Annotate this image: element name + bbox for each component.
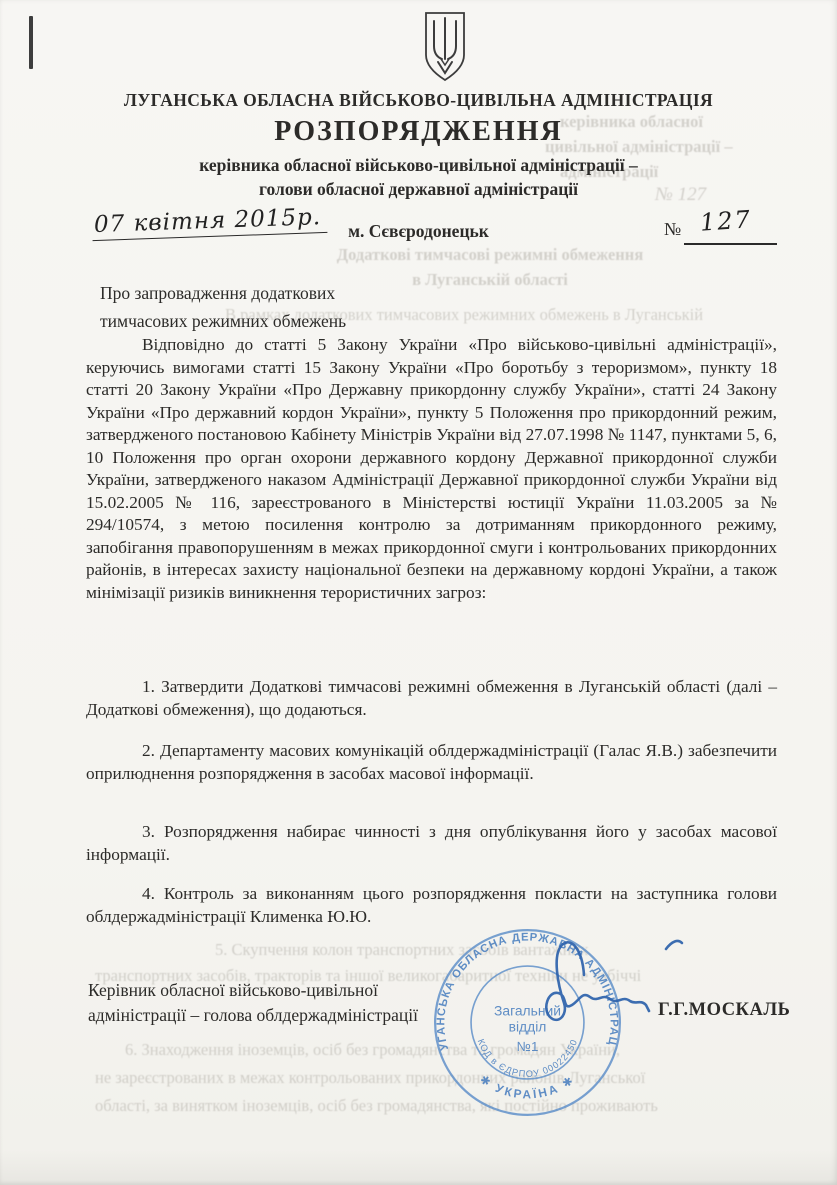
stamp-center-line-3: №1 <box>517 1039 539 1054</box>
signer-position: Керівник обласної військово-цивільної ад… <box>88 978 418 1028</box>
document-type-title: РОЗПОРЯДЖЕННЯ <box>0 116 837 148</box>
item-3-paragraph: 3. Розпорядження набирає чинності з дня … <box>86 821 777 866</box>
scan-artifact-mark <box>29 16 33 69</box>
number-label: № <box>664 219 681 240</box>
institution-name: ЛУГАНСЬКА ОБЛАСНА ВІЙСЬКОВО-ЦИВІЛЬНА АДМ… <box>0 90 837 111</box>
handwritten-number: 127 <box>699 205 753 237</box>
issuer-line-1: керівника обласної військово-цивільної а… <box>0 155 837 176</box>
subject-line-2: тимчасових режимних обмежень <box>100 307 346 335</box>
handwritten-signature <box>498 933 698 1038</box>
item-2-paragraph: 2. Департаменту масових комунікацій облд… <box>86 740 777 785</box>
preamble-paragraph: Відповідно до статті 5 Закону України «П… <box>86 334 777 604</box>
signer-position-line-2: адміністрації – голова облдержадміністра… <box>88 1003 418 1028</box>
document-page: керівника обласної цивільної адміністрац… <box>0 0 837 1185</box>
item-4-paragraph: 4. Контроль за виконанням цього розпоряд… <box>86 883 777 928</box>
signer-position-line-1: Керівник обласної військово-цивільної <box>88 978 418 1003</box>
number-underline <box>684 243 777 245</box>
bleedthrough-line: Додаткові тимчасові режимні обмеження <box>150 245 830 265</box>
issuer-line-2: голови обласної державної адміністрації <box>0 179 837 200</box>
subject-block: Про запровадження додаткових тимчасових … <box>100 279 346 335</box>
item-1-paragraph: 1. Затвердити Додаткові тимчасові режимн… <box>86 676 777 721</box>
subject-line-1: Про запровадження додаткових <box>100 279 346 307</box>
ukraine-trident-emblem <box>422 10 468 84</box>
